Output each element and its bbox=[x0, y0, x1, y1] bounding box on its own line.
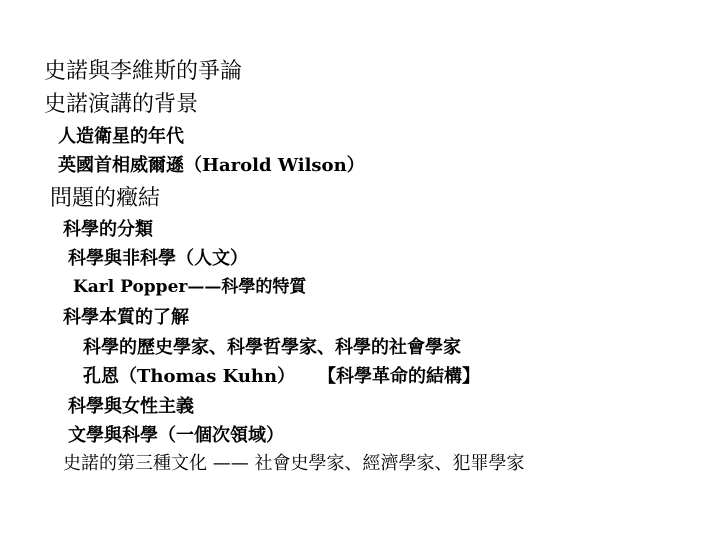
bullet-harold-wilson: 英國首相威爾遜（Harold Wilson） bbox=[58, 157, 365, 175]
heading-snow-lecture-background: 史諾演講的背景 bbox=[44, 94, 198, 116]
bullet-karl-popper: Karl Popper——科學的特質 bbox=[73, 279, 306, 296]
bullet-nature-of-science: 科學本質的了解 bbox=[63, 309, 189, 327]
bullet-literature-and-science: 文學與科學（一個次領域） bbox=[68, 427, 284, 445]
slide: 史諾與李維斯的爭論 史諾演講的背景 人造衛星的年代 英國首相威爾遜（Harold… bbox=[0, 0, 720, 540]
book-title-structure-of-scientific-revolutions: 【科學革命的結構】 bbox=[318, 368, 480, 386]
bullet-science-vs-humanities: 科學與非科學（人文） bbox=[68, 250, 248, 268]
bullet-satellite-era: 人造衛星的年代 bbox=[58, 128, 184, 146]
heading-third-culture: 史諾的第三種文化 —— 社會史學家、經濟學家、犯罪學家 bbox=[63, 455, 524, 473]
heading-snow-leavis-debate: 史諾與李維斯的爭論 bbox=[44, 61, 242, 83]
bullet-thomas-kuhn: 孔恩（Thomas Kuhn） bbox=[83, 368, 295, 386]
heading-crux-of-problem: 問題的癥結 bbox=[50, 188, 160, 210]
bullet-science-and-feminism: 科學與女性主義 bbox=[68, 398, 194, 416]
bullet-historians-philosophers-sociologists: 科學的歷史學家、科學哲學家、科學的社會學家 bbox=[83, 339, 461, 357]
bullet-classification-of-science: 科學的分類 bbox=[63, 221, 153, 239]
